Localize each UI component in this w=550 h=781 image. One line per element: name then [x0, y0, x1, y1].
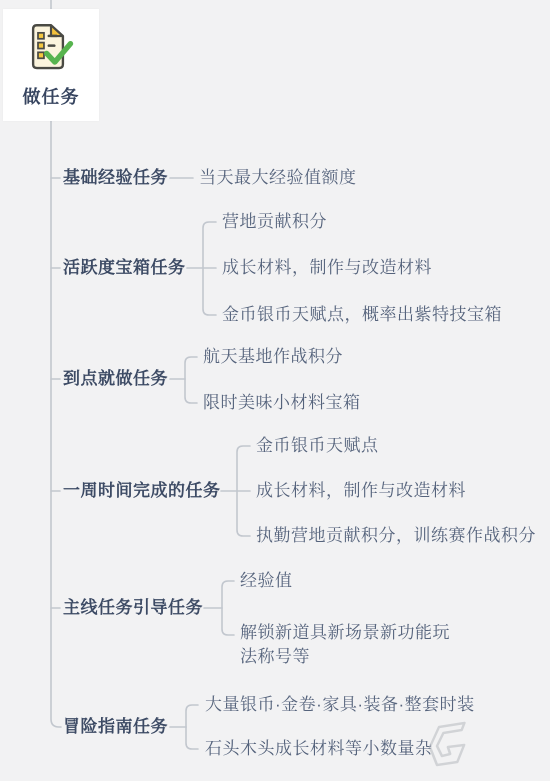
branch-label[interactable]: 活跃度宝箱任务: [63, 256, 186, 280]
child-node[interactable]: 金币银币天赋点，概率出紫特技宝箱: [222, 303, 502, 327]
child-node[interactable]: 成长材料，制作与改造材料: [256, 479, 466, 503]
jiuyou-watermark: [419, 716, 550, 776]
child-node[interactable]: 大量银币·金卷·家具·装备·整套时装: [205, 693, 475, 717]
root-node[interactable]: 做任务: [3, 9, 99, 121]
child-node[interactable]: 限时美味小材料宝箱: [203, 391, 361, 415]
child-node[interactable]: 当天最大经验值额度: [199, 166, 357, 190]
mindmap-canvas: 做任务 基础经验任务 当天最大经验值额度 活跃度宝箱任务 营地贡献积分 成长材料…: [0, 0, 550, 781]
root-label: 做任务: [23, 83, 80, 109]
child-node[interactable]: 营地贡献积分: [222, 210, 327, 234]
lightning-g-icon: [428, 723, 466, 765]
child-node[interactable]: 金币银币天赋点: [256, 434, 379, 458]
child-node[interactable]: 解锁新道具新场景新功能玩法称号等: [240, 621, 460, 669]
branch-label[interactable]: 主线任务引导任务: [63, 596, 203, 620]
child-node[interactable]: 航天基地作战积分: [203, 345, 343, 369]
branch-label[interactable]: 到点就做任务: [63, 367, 168, 391]
child-node[interactable]: 执勤营地贡献积分，训练赛作战积分: [256, 524, 536, 548]
branch-label[interactable]: 基础经验任务: [63, 166, 168, 190]
task-checklist-icon: [25, 21, 77, 75]
child-node[interactable]: 经验值: [240, 569, 293, 593]
branch-label[interactable]: 一周时间完成的任务: [63, 479, 221, 503]
child-node[interactable]: 石头木头成长材料等小数量杂: [205, 737, 433, 761]
branch-label[interactable]: 冒险指南任务: [63, 715, 168, 739]
child-node[interactable]: 成长材料，制作与改造材料: [222, 256, 432, 280]
